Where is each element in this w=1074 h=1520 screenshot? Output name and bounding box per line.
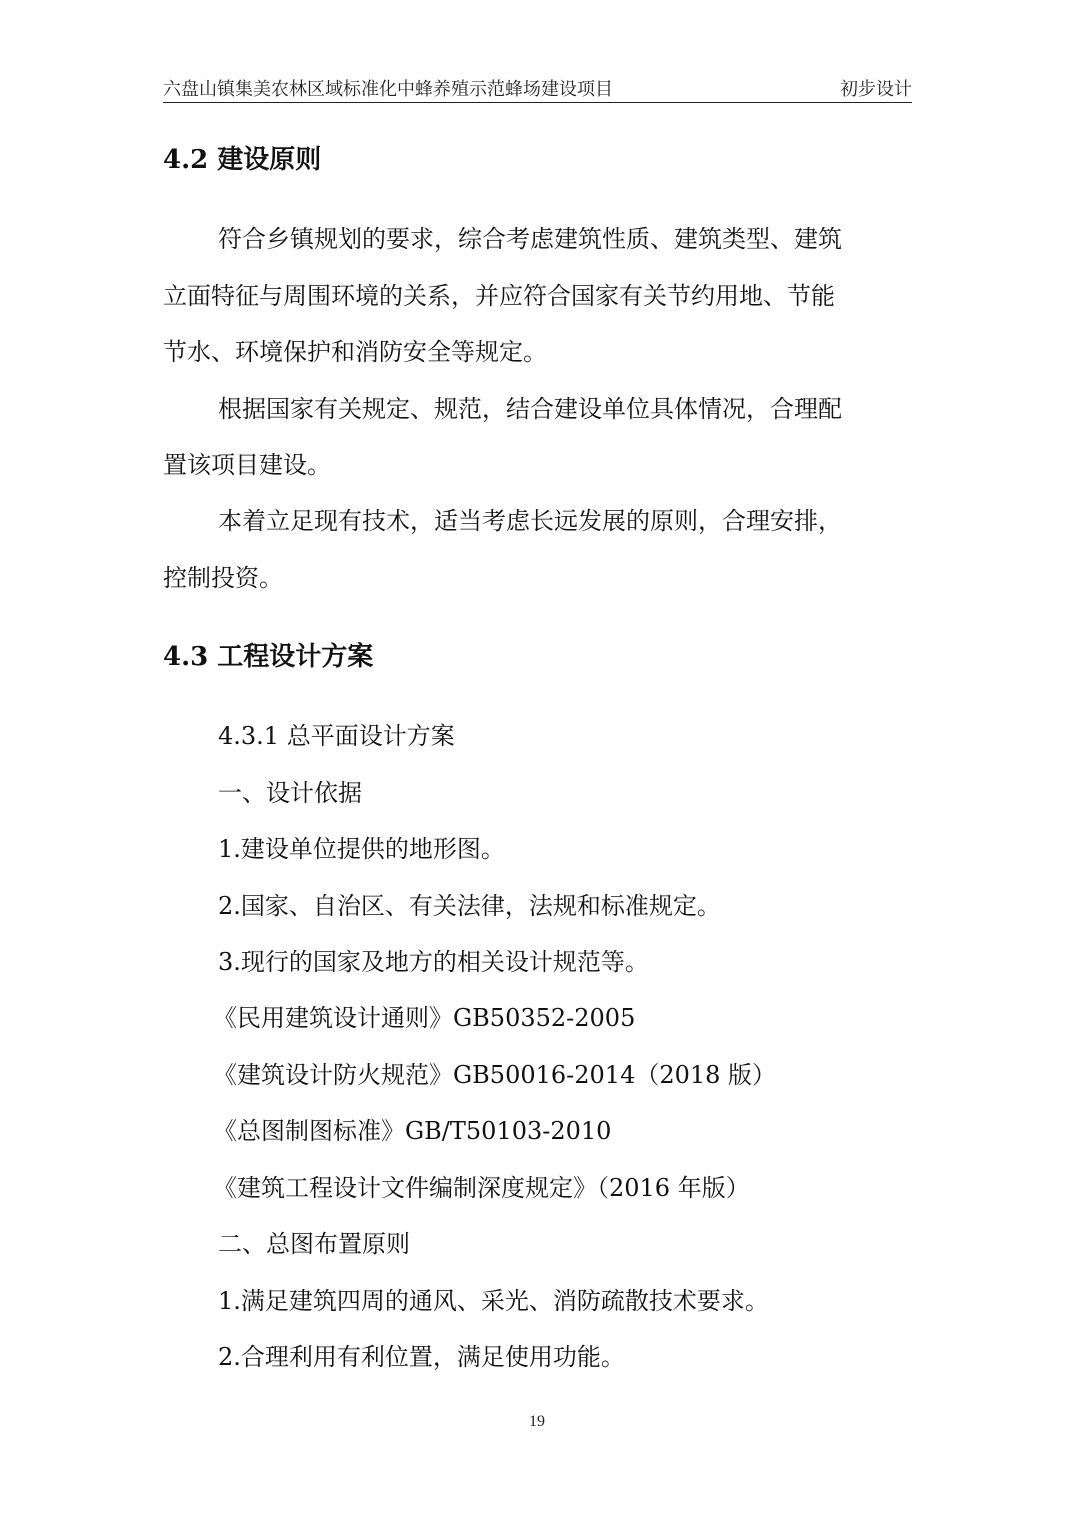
section-heading-4-2: 4.2 建设原则 [163,143,321,177]
paragraph-line: 根据国家有关规定、规范，结合建设单位具体情况，合理配 [218,392,912,426]
paragraph-line: 立面特征与周围环境的关系，并应符合国家有关节约用地、节能 [163,279,912,313]
paragraph-line: 置该项目建设。 [163,448,912,482]
paragraph-line: 符合乡镇规划的要求，综合考虑建筑性质、建筑类型、建筑 [218,222,912,256]
page-header: 六盘山镇集美农林区域标准化中蜂养殖示范蜂场建设项目 初步设计 [163,76,912,103]
part-title-layout-principles: 二、总图布置原则 [218,1227,967,1261]
reference-item: 《总图制图标准》GB/T50103-2010 [213,1114,962,1148]
paragraph-line: 节水、环境保护和消防安全等规定。 [163,335,912,369]
paragraph-line: 控制投资。 [163,561,912,595]
page-number: 19 [0,1412,1074,1432]
paragraph-line: 本着立足现有技术，适当考虑长远发展的原则，合理安排， [218,504,912,538]
part-title-basis: 一、设计依据 [218,776,967,810]
list-item: 2.合理利用有利位置，满足使用功能。 [218,1340,967,1374]
header-doc-stage: 初步设计 [840,78,912,102]
list-item: 2.国家、自治区、有关法律，法规和标准规定。 [218,889,967,923]
list-item: 1.建设单位提供的地形图。 [218,832,967,866]
header-project-title: 六盘山镇集美农林区域标准化中蜂养殖示范蜂场建设项目 [163,78,613,102]
reference-item: 《建筑设计防火规范》GB50016-2014（2018 版） [213,1058,962,1092]
section-heading-4-3: 4.3 工程设计方案 [163,640,373,674]
list-item: 3.现行的国家及地方的相关设计规范等。 [218,945,967,979]
subsection-heading-4-3-1: 4.3.1 总平面设计方案 [218,719,967,753]
list-item: 1.满足建筑四周的通风、采光、消防疏散技术要求。 [218,1284,967,1318]
reference-item: 《建筑工程设计文件编制深度规定》（2016 年版） [213,1171,962,1205]
reference-item: 《民用建筑设计通则》GB50352-2005 [213,1001,962,1035]
